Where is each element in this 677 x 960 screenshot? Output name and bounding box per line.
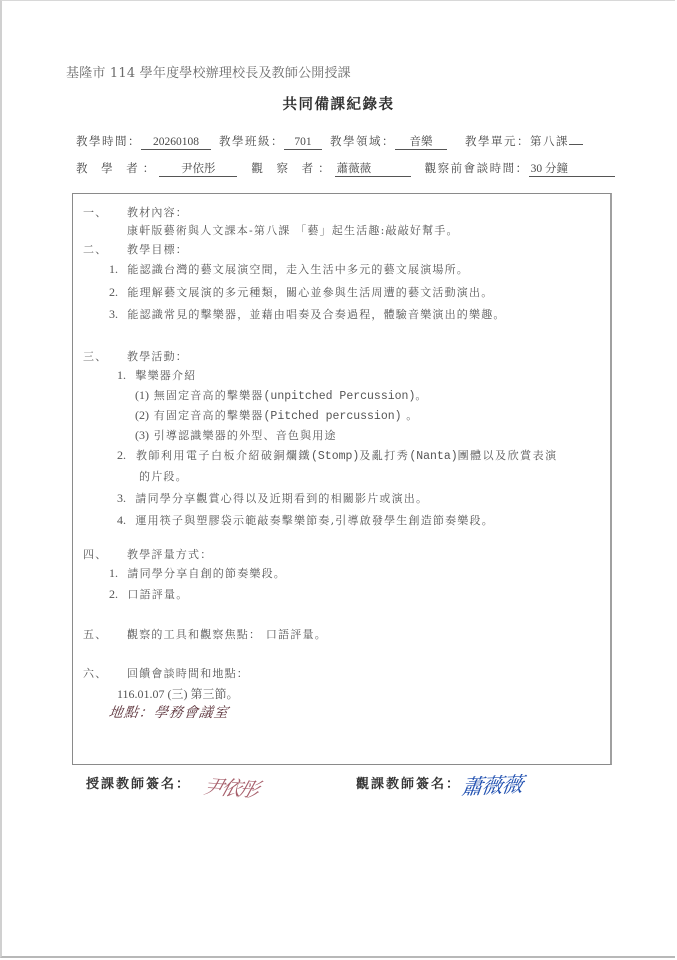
info-row-1: 教學時間： 20260108 教學班級： 701 教學領域： 音樂 教學單元： … [76, 133, 590, 150]
document-subtitle: 基隆市 114 學年度學校辦理校長及教師公開授課 [66, 62, 351, 81]
observer-label: 觀 察 者： [251, 160, 334, 176]
assessment-2: 2. 口語評量。 [109, 586, 188, 602]
activity-2: 2. 教師利用電子白板介紹破銅爛鐵(Stomp)及亂打秀(Nanta)團體以及欣… [117, 447, 558, 463]
section-4-heading: 四、教學評量方式： [83, 546, 212, 562]
activity-2-continued: 的片段。 [139, 468, 188, 484]
info-row-2: 教 學 者： 尹依彤 觀 察 者： 蕭薇薇 觀察前會談時間： 30 分鐘 [76, 160, 623, 177]
activity-1-sub-3: (3) 引導認識樂器的外型、音色與用途 [135, 427, 337, 443]
activity-1-sub-1: (1) 無固定音高的擊樂器(unpitched Percussion)。 [135, 387, 428, 403]
class-label: 教學班級： [219, 133, 284, 149]
section-5-heading: 五、觀察的工具和觀察焦點： 口語評量。 [83, 626, 327, 642]
teacher-signature: 尹依彤 [200, 770, 261, 803]
objective-3: 3. 能認識常見的擊樂器，並藉由唱奏及合奏過程，體驗音樂演出的樂趣。 [109, 306, 506, 322]
teaching-time-label: 教學時間： [76, 133, 141, 149]
feedback-time: 116.01.07 (三) 第三節。 [117, 685, 239, 702]
teacher-signature-label: 授課教師簽名： [86, 773, 191, 792]
pre-meeting-label: 觀察前會談時間： [425, 160, 529, 176]
feedback-location-handwritten: 地點：學務會議室 [108, 702, 231, 722]
document-title: 共同備課紀錄表 [0, 93, 677, 114]
class-value: 701 [284, 135, 322, 150]
observer-value: 蕭薇薇 [335, 162, 411, 177]
teacher-label: 教 學 者： [76, 160, 159, 176]
unit-label: 教學單元： [465, 133, 530, 149]
content-box: 一、教材內容： 康軒版藝術與人文課本-第八課 「藝」起生活趣:敲敲好幫手。 二、… [72, 193, 612, 765]
section-3-heading: 三、教學活動： [83, 348, 188, 364]
section-1-text: 康軒版藝術與人文課本-第八課 「藝」起生活趣:敲敲好幫手。 [127, 222, 459, 238]
observer-signature-label: 觀課教師簽名： [356, 773, 461, 792]
domain-label: 教學領域： [330, 133, 395, 149]
objective-2: 2. 能理解藝文展演的多元種類，關心並參與生活周遭的藝文活動演出。 [109, 284, 493, 300]
activity-4: 4. 運用筷子與塑膠袋示範敲奏擊樂節奏,引導啟發學生創造節奏樂段。 [117, 512, 494, 528]
domain-value: 音樂 [395, 135, 447, 150]
observer-signature: 蕭薇薇 [460, 768, 524, 801]
activity-3: 3. 請同學分享觀賞心得以及近期看到的相關影片或演出。 [117, 490, 428, 506]
section-2-heading: 二、教學目標： [83, 241, 188, 257]
activity-1: 1. 擊樂器介紹 [117, 367, 196, 383]
section-6-heading: 六、回饋會談時間和地點： [83, 665, 249, 681]
teacher-value: 尹依彤 [159, 162, 237, 177]
teaching-time-value: 20260108 [141, 135, 211, 150]
section-1-heading: 一、教材內容： [83, 204, 188, 220]
unit-value: 第八課 [530, 135, 582, 149]
objective-1: 1. 能認識台灣的藝文展演空間，走入生活中多元的藝文展演場所。 [109, 261, 469, 277]
pre-meeting-value: 30 分鐘 [529, 162, 615, 177]
activity-1-sub-2: (2) 有固定音高的擊樂器(Pitched percussion) 。 [135, 407, 418, 423]
assessment-1: 1. 請同學分享自創的節奏樂段。 [109, 565, 286, 581]
